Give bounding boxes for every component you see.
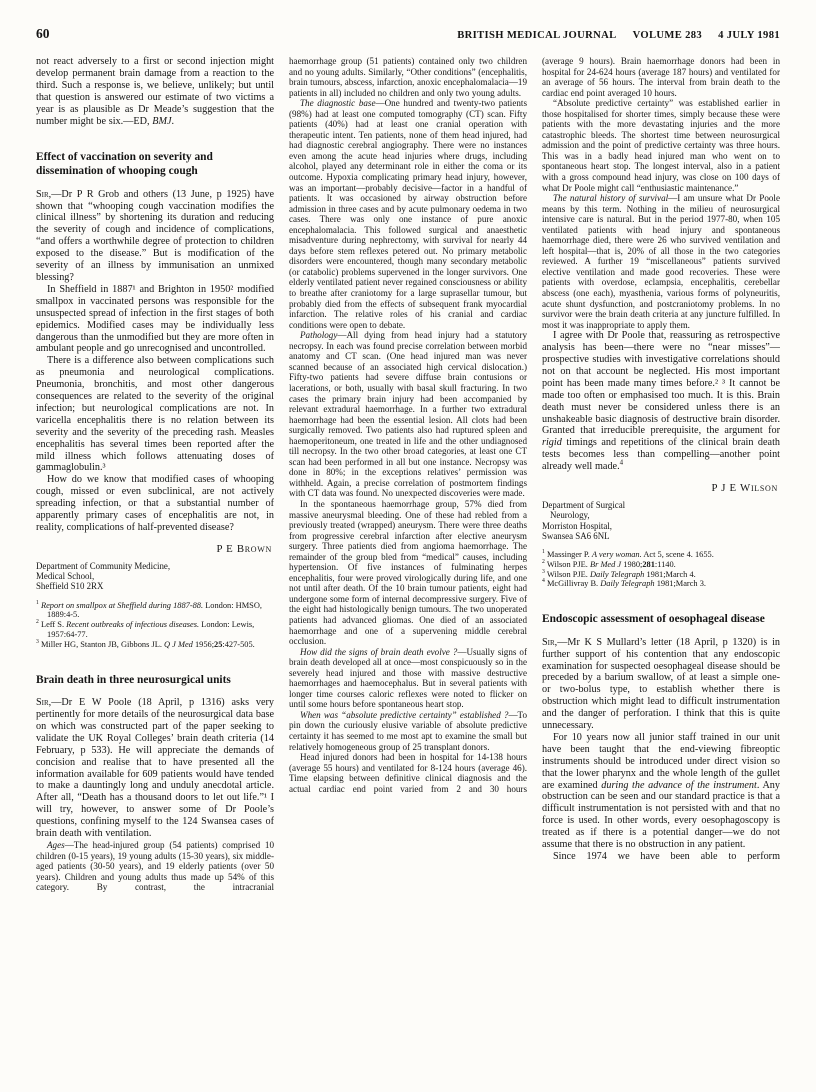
- text-segment: haemorrhage group (51 patients) containe…: [289, 56, 527, 98]
- paragraph: There is a difference also between compl…: [36, 355, 274, 474]
- text-segment: Head injured donors had been in hospital…: [289, 752, 527, 794]
- reference-item: 4 McGillivray B. Daily Telegraph 1981;Ma…: [542, 579, 780, 589]
- text-segment: In the spontaneous haemorrhage group, 57…: [289, 499, 527, 646]
- text-segment: Daily Telegraph: [590, 570, 644, 579]
- text-segment: The diagnostic base: [300, 98, 376, 108]
- text-segment: A very woman.: [592, 550, 642, 559]
- text-segment: Act 5, scene 4. 1655.: [642, 550, 714, 559]
- paragraph: “Absolute predictive certainty” was esta…: [542, 98, 780, 193]
- reference-number: 1: [36, 600, 39, 606]
- letter-title: Endoscopic assessment of oesophageal dis…: [542, 613, 780, 627]
- author-signature: P J E Wilson: [542, 482, 778, 494]
- text-segment: 1981;March 4.: [644, 570, 695, 579]
- address-line: Sheffield S10 2RX: [36, 581, 274, 591]
- text-segment: When was “absolute predictive certainty”…: [300, 710, 508, 720]
- text-segment: The natural history of survival: [553, 193, 668, 203]
- text-segment: Br Med J: [590, 560, 621, 569]
- paragraph: Pathology—All dying from head injury had…: [289, 330, 527, 499]
- paragraph: When was “absolute predictive certainty”…: [289, 710, 527, 752]
- paragraph: In the spontaneous haemorrhage group, 57…: [289, 499, 527, 647]
- reference-number: 2: [36, 619, 39, 625]
- reference-item: 3 Wilson PJE. Daily Telegraph 1981;March…: [542, 570, 780, 580]
- author-address: Department of Community Medicine,Medical…: [36, 561, 274, 592]
- text-segment: Pathology: [300, 330, 337, 340]
- text-segment: timings and repetitions of the clinical …: [542, 437, 780, 472]
- journal-page: 60 BRITISH MEDICAL JOURNALVOLUME 2834 JU…: [0, 0, 816, 1092]
- paragraph: not react adversely to a first or second…: [36, 56, 274, 127]
- column-1: not react adversely to a first or second…: [36, 56, 274, 893]
- text-segment: BMJ: [152, 116, 171, 127]
- text-segment: .: [171, 116, 174, 127]
- text-segment: Sir: [36, 697, 49, 708]
- text-segment: Massinger P.: [547, 550, 592, 559]
- text-segment: —One hundred and twenty-two patients (98…: [289, 98, 527, 329]
- text-segment: 4: [620, 460, 623, 467]
- author-address: Department of SurgicalNeurology,Morristo…: [542, 500, 780, 541]
- text-segment: —I am unsure what Dr Poole means by this…: [542, 193, 780, 330]
- text-segment: :427-505.: [222, 640, 254, 649]
- text-segment: —The head-injured group (54 patients) co…: [36, 840, 274, 892]
- journal-title: BRITISH MEDICAL JOURNAL: [457, 30, 616, 41]
- text-segment: There is a difference also between compl…: [36, 355, 274, 473]
- page-header: 60 BRITISH MEDICAL JOURNALVOLUME 2834 JU…: [36, 26, 780, 42]
- address-line: Department of Surgical: [542, 500, 780, 510]
- text-segment: :1140.: [655, 560, 676, 569]
- letter-title: Effect of vaccination on severity and di…: [36, 151, 274, 178]
- paragraph: How do we know that modified cases of wh…: [36, 474, 274, 534]
- paragraph: Sir,—Dr E W Poole (18 April, p 1316) ask…: [36, 697, 274, 840]
- volume-label: VOLUME 283: [633, 30, 703, 41]
- text-segment: ,—Dr P R Grob and others (13 June, p 192…: [36, 189, 274, 283]
- text-segment: “Absolute predictive certainty” was esta…: [542, 98, 780, 192]
- text-segment: 1956;: [193, 640, 214, 649]
- paragraph: Since 1974 we have been able to perform: [542, 851, 780, 863]
- reference-number: 4: [542, 579, 545, 585]
- text-segment: Sir: [36, 189, 49, 200]
- reference-list: 1 Massinger P. A very woman. Act 5, scen…: [542, 550, 780, 589]
- text-segment: (average 9 hours). Brain haemorrhage don…: [542, 56, 780, 98]
- text-segment: Since 1974 we have been able to perform: [553, 851, 780, 862]
- reference-number: 3: [36, 639, 39, 645]
- text-segment: Q J Med: [164, 640, 193, 649]
- text-segment: Report on smallpox at Sheffield during 1…: [41, 601, 203, 610]
- text-segment: Daily Telegraph: [600, 579, 654, 588]
- address-line: Medical School,: [36, 571, 274, 581]
- text-segment: How did the signs of brain death evolve …: [300, 647, 457, 657]
- paragraph: In Sheffield in 1887¹ and Brighton in 19…: [36, 284, 274, 355]
- reference-number: 3: [542, 569, 545, 575]
- reference-item: 3 Miller HG, Stanton JB, Gibbons JL. Q J…: [36, 640, 274, 650]
- reference-number: 2: [542, 559, 545, 565]
- text-segment: —All dying from head injury had a statut…: [289, 330, 527, 498]
- text-segment: rigid: [542, 437, 562, 448]
- text-segment: How do we know that modified cases of wh…: [36, 474, 274, 533]
- running-head: BRITISH MEDICAL JOURNALVOLUME 2834 JULY …: [457, 30, 780, 41]
- reference-item: 1 Massinger P. A very woman. Act 5, scen…: [542, 550, 780, 560]
- paragraph: (average 9 hours). Brain haemorrhage don…: [542, 56, 780, 98]
- address-line: Swansea SA6 6NL: [542, 531, 780, 541]
- paragraph: For 10 years now all junior staff traine…: [542, 732, 780, 851]
- paragraph: Sir,—Dr P R Grob and others (13 June, p …: [36, 189, 274, 284]
- text-segment: I agree with Dr Poole that, reassuring a…: [542, 330, 780, 436]
- letters-columns: not react adversely to a first or second…: [36, 56, 780, 893]
- reference-number: 1: [542, 549, 545, 555]
- paragraph: Head injured donors had been in hospital…: [289, 752, 527, 794]
- paragraph: The diagnostic base—One hundred and twen…: [289, 98, 527, 330]
- text-segment: Wilson PJE.: [547, 560, 590, 569]
- letter-title: Brain death in three neurosurgical units: [36, 674, 274, 688]
- address-line: Morriston Hospital,: [542, 521, 780, 531]
- paragraph: How did the signs of brain death evolve …: [289, 647, 527, 710]
- reference-item: 2 Leff S. Recent outbreaks of infectious…: [36, 620, 274, 640]
- text-segment: ,—Dr E W Poole (18 April, p 1316) asks v…: [36, 697, 274, 839]
- page-number: 60: [36, 26, 50, 42]
- text-segment: Recent outbreaks of infectious diseases.: [66, 620, 199, 629]
- paragraph: I agree with Dr Poole that, reassuring a…: [542, 330, 780, 473]
- text-segment: Sir: [542, 637, 555, 648]
- paragraph: The natural history of survival—I am uns…: [542, 193, 780, 330]
- address-line: Neurology,: [542, 510, 780, 520]
- author-signature: P E Brown: [36, 543, 272, 555]
- address-line: Department of Community Medicine,: [36, 561, 274, 571]
- text-segment: McGillivray B.: [547, 579, 600, 588]
- text-segment: Wilson PJE.: [547, 570, 590, 579]
- text-segment: 1980;: [621, 560, 642, 569]
- date-label: 4 JULY 1981: [718, 30, 780, 41]
- reference-item: 2 Wilson PJE. Br Med J 1980;281:1140.: [542, 560, 780, 570]
- text-segment: Miller HG, Stanton JB, Gibbons JL.: [41, 640, 164, 649]
- text-segment: during the advance of the instrument: [601, 780, 757, 791]
- column-2: haemorrhage group (51 patients) containe…: [289, 56, 527, 893]
- paragraph: haemorrhage group (51 patients) containe…: [289, 56, 527, 98]
- column-3: (average 9 hours). Brain haemorrhage don…: [542, 56, 780, 893]
- text-segment: Ages: [47, 840, 65, 850]
- paragraph: Sir,—Mr K S Mullard’s letter (18 April, …: [542, 637, 780, 732]
- text-segment: 281: [642, 560, 655, 569]
- text-segment: ,—Mr K S Mullard’s letter (18 April, p 1…: [542, 637, 780, 731]
- paragraph: Ages—The head-injured group (54 patients…: [36, 840, 274, 893]
- reference-list: 1 Report on smallpox at Sheffield during…: [36, 601, 274, 650]
- text-segment: In Sheffield in 1887¹ and Brighton in 19…: [36, 284, 274, 355]
- text-segment: 1981;March 3.: [655, 579, 706, 588]
- reference-item: 1 Report on smallpox at Sheffield during…: [36, 601, 274, 621]
- text-segment: Leff S.: [41, 620, 66, 629]
